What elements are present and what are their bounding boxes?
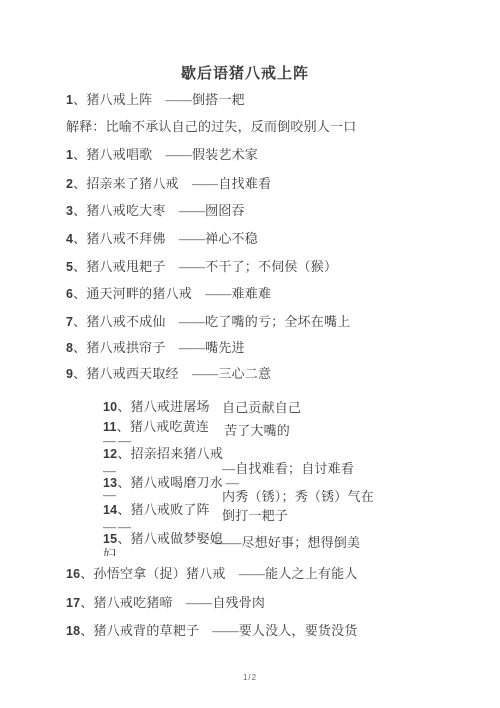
item-answer: 内秀（锈）；秀（锈）气在 (222, 490, 374, 504)
item-answer: ——尽想好事；想得倒美 (215, 536, 360, 550)
item-text: 、猪八戒甩耙子 ——不干了；不伺侯（猴） (73, 259, 337, 274)
item-number: 16 (66, 567, 80, 581)
item-text: 、猪八戒吃猪啼 ——自残骨肉 (80, 595, 265, 610)
document-page: 歇后语猪八戒上阵 1、猪八戒上阵 ——倒搭一耙 解释：比喻不承认自己的过失，反而… (0, 0, 500, 708)
list-item: 8、猪八戒拱帘子 ——嘴先进 (66, 341, 245, 355)
explanation-text: 解释：比喻不承认自己的过失，反而倒咬别人一口 (66, 120, 356, 134)
item-text: 、猪八戒吃黄连 (117, 419, 209, 434)
lead-item: 1、猪八戒上阵 ——倒搭一耙 (66, 93, 245, 107)
item-answer: 倒打一耙子 (222, 509, 288, 523)
item-text: 、猪八戒西天取经 ——三心二意 (73, 366, 271, 381)
item-answer: 自己贡献自己 (222, 401, 301, 415)
item-text: 、孙悟空拿（捉）猪八戒 ——能人之上有能人 (80, 566, 357, 581)
list-item: 4、猪八戒不拜佛 ——禅心不稳 (66, 232, 258, 246)
item-number: 10 (103, 400, 117, 414)
item-text: 、招亲招来猪八戒 (117, 446, 223, 461)
wrapped-char-clip: 妇 (103, 548, 116, 556)
item-answer: —自找难看；自讨难看 (222, 462, 354, 476)
list-item: 11、猪八戒吃黄连 (103, 420, 209, 434)
item-text: 、猪八戒吃大枣 ——囫囵吞 (73, 203, 245, 218)
list-item: 15、猪八戒做梦娶媳 (103, 532, 223, 546)
page-title: 歇后语猪八戒上阵 (0, 62, 490, 83)
item-text: 、猪八戒做梦娶媳 (117, 531, 223, 546)
list-item: 7、猪八戒不成仙 ——吃了嘴的亏；全坏在嘴上 (66, 315, 350, 329)
item-number: 18 (66, 624, 80, 638)
list-item: 12、招亲招来猪八戒 (103, 447, 223, 461)
wrapped-char: 妇 (103, 548, 116, 556)
list-item: 17、猪八戒吃猪啼 ——自残骨肉 (66, 596, 265, 610)
item-text: 、猪八戒败了阵 (117, 502, 209, 517)
item-text: 、猪八戒上阵 ——倒搭一耙 (73, 92, 245, 107)
list-item: 3、猪八戒吃大枣 ——囫囵吞 (66, 204, 245, 218)
item-number: 17 (66, 596, 80, 610)
list-item: 14、猪八戒败了阵 (103, 503, 210, 517)
item-answer: 苦了大嘴的 (224, 424, 290, 438)
list-item: 5、猪八戒甩耙子 ——不干了；不伺侯（猴） (66, 260, 337, 274)
item-number: 14 (103, 503, 117, 517)
list-item: 16、孙悟空拿（捉）猪八戒 ——能人之上有能人 (66, 567, 358, 581)
list-item: 2、招亲来了猪八戒 ——自找难看 (66, 177, 271, 191)
item-text: 、猪八戒不拜佛 ——禅心不稳 (73, 231, 258, 246)
item-number: 15 (103, 532, 117, 546)
item-text: 、猪八戒拱帘子 ——嘴先进 (73, 340, 245, 355)
item-text: 、猪八戒进屠场 (117, 399, 209, 414)
item-text: 、猪八戒喝磨刀水 (117, 475, 223, 490)
item-text: 、猪八戒唱歌 ——假装艺术家 (73, 147, 258, 162)
item-text: 、通天河畔的猪八戒 ——难难难 (73, 286, 271, 301)
item-text: 、招亲来了猪八戒 ——自找难看 (73, 176, 271, 191)
list-item: 1、猪八戒唱歌 ——假装艺术家 (66, 148, 258, 162)
list-item: 18、猪八戒背的草耙子 ——要人没人，要货没货 (66, 624, 358, 638)
page-number: 1/2 (0, 673, 500, 682)
list-item: 13、猪八戒喝磨刀水 (103, 476, 223, 490)
item-text: 、猪八戒不成仙 ——吃了嘴的亏；全坏在嘴上 (73, 314, 350, 329)
item-number: 12 (103, 447, 117, 461)
wrap-dash: — (103, 488, 118, 502)
list-item: 10、猪八戒进屠场 (103, 400, 210, 414)
list-item: 6、通天河畔的猪八戒 ——难难难 (66, 287, 271, 301)
item-text: 、猪八戒背的草耙子 ——要人没人，要货没货 (80, 623, 357, 638)
list-item: 9、猪八戒西天取经 ——三心二意 (66, 367, 271, 381)
item-number: 11 (103, 420, 117, 434)
wrap-dash: — (226, 476, 241, 490)
